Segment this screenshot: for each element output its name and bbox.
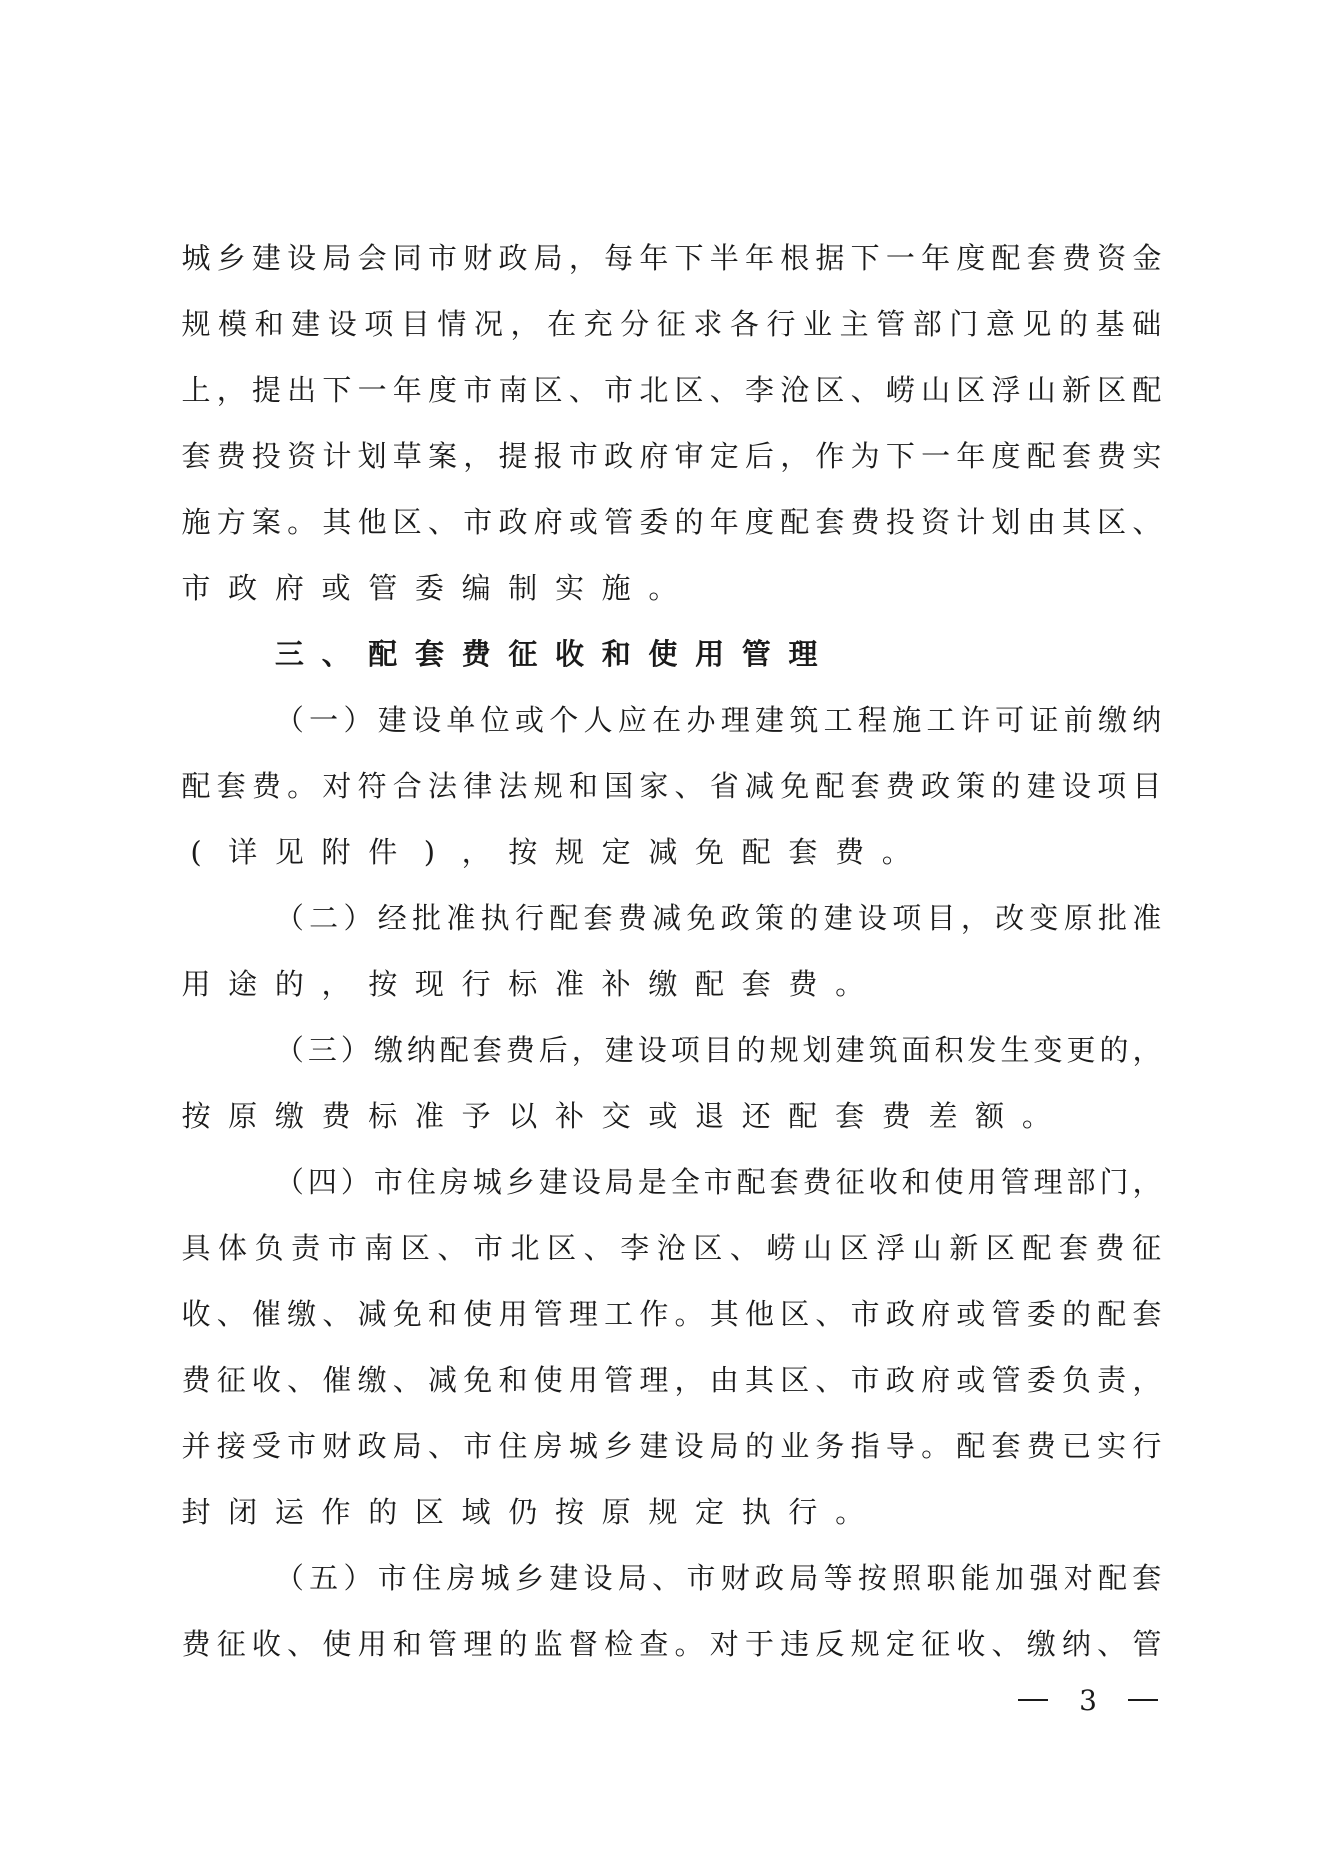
text-line: 用途的，按现行标准补缴配套费。 xyxy=(181,964,1162,1004)
page-number-footer: 3 xyxy=(1018,1680,1158,1720)
text-line: 收、催缴、减免和使用管理工作。其他区、市政府或管委的配套 xyxy=(181,1294,1162,1334)
text-line: (详见附件)，按规定减免配套费。 xyxy=(181,832,1162,872)
section-heading: 三、配套费征收和使用管理 xyxy=(274,634,1162,674)
text-line: 按原缴费标准予以补交或退还配套费差额。 xyxy=(181,1096,1162,1136)
text-line: 封闭运作的区域仍按原规定执行。 xyxy=(181,1492,1162,1532)
text-line: （三）缴纳配套费后，建设项目的规划建筑面积发生变更的， xyxy=(274,1030,1162,1070)
dash-left xyxy=(1018,1699,1048,1701)
dash-right xyxy=(1128,1699,1158,1701)
text-line: 具体负责市南区、市北区、李沧区、崂山区浮山新区配套费征 xyxy=(181,1228,1162,1268)
text-line: 城乡建设局会同市财政局，每年下半年根据下一年度配套费资金 xyxy=(181,238,1162,278)
document-page: 城乡建设局会同市财政局，每年下半年根据下一年度配套费资金规模和建设项目情况，在充… xyxy=(0,0,1323,1870)
text-line: （二）经批准执行配套费减免政策的建设项目，改变原批准 xyxy=(274,898,1162,938)
text-line: 配套费。对符合法律法规和国家、省减免配套费政策的建设项目 xyxy=(181,766,1162,806)
text-line: 规模和建设项目情况，在充分征求各行业主管部门意见的基础 xyxy=(181,304,1162,344)
text-line: （五）市住房城乡建设局、市财政局等按照职能加强对配套 xyxy=(274,1558,1162,1598)
text-line: 并接受市财政局、市住房城乡建设局的业务指导。配套费已实行 xyxy=(181,1426,1162,1466)
text-line: 施方案。其他区、市政府或管委的年度配套费投资计划由其区、 xyxy=(181,502,1162,542)
text-line: （四）市住房城乡建设局是全市配套费征收和使用管理部门， xyxy=(274,1162,1162,1202)
text-line: 套费投资计划草案，提报市政府审定后，作为下一年度配套费实 xyxy=(181,436,1162,476)
text-line: 费征收、使用和管理的监督检查。对于违反规定征收、缴纳、管 xyxy=(181,1624,1162,1664)
text-line: 上，提出下一年度市南区、市北区、李沧区、崂山区浮山新区配 xyxy=(181,370,1162,410)
text-line: 市政府或管委编制实施。 xyxy=(181,568,1162,608)
text-line: （一）建设单位或个人应在办理建筑工程施工许可证前缴纳 xyxy=(274,700,1162,740)
page-number: 3 xyxy=(1079,1684,1097,1717)
text-line: 费征收、催缴、减免和使用管理，由其区、市政府或管委负责， xyxy=(181,1360,1162,1400)
